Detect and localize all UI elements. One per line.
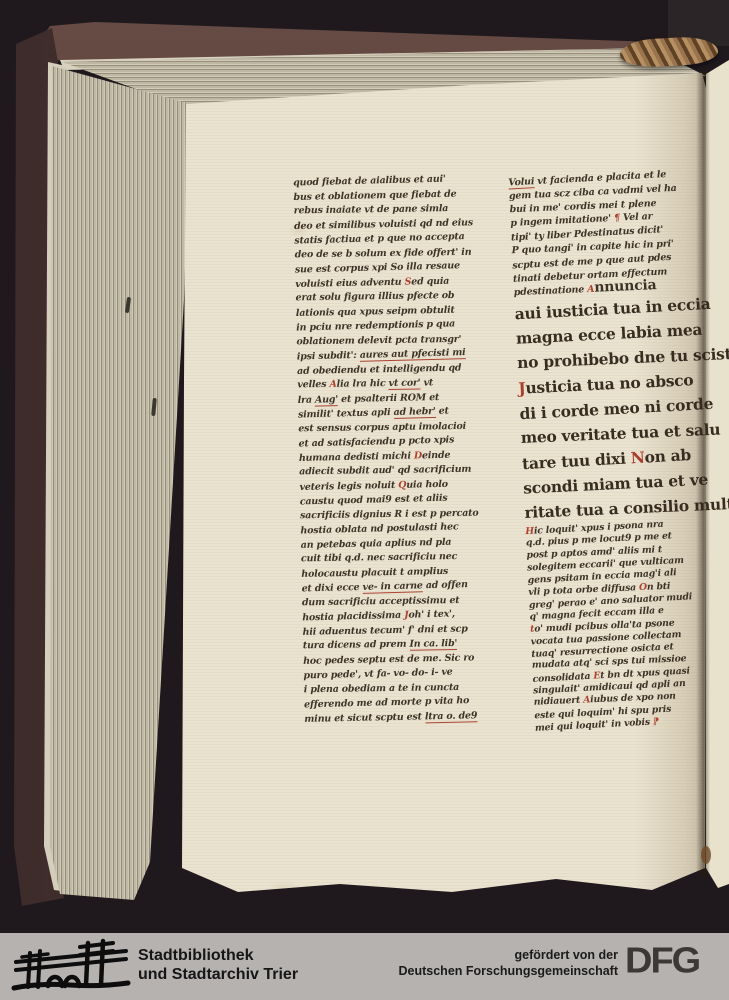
script-text: hostia placidissima: [302, 610, 404, 624]
script-text: ipsi subdit':: [297, 350, 360, 363]
red-underlined-text: ltra o. de9: [425, 710, 478, 723]
left-text-column: quod fiebat de aialibus et aui'bus et ob…: [293, 172, 506, 727]
script-text: hii aduentus tecum' f' dni et scp: [302, 623, 467, 637]
braided-endband: [619, 35, 718, 68]
script-text: on ab: [644, 445, 691, 466]
script-text: deo de se b solum ex fide offert' in: [295, 246, 472, 260]
script-text: deo et similibus voluisti qd nd eius: [294, 217, 473, 232]
script-text: i plena obediam a te in cuncta: [304, 681, 459, 694]
script-text: puro pede', vt fa- vo- do- i- ve: [303, 667, 452, 682]
script-text: nidiauert: [534, 695, 584, 708]
script-text: rebus inaiate vt de pane simla: [294, 203, 449, 216]
script-text: in pciu nre redemptionis p qua: [296, 318, 455, 333]
script-text: minu et sicut scptu est: [304, 711, 425, 725]
script-text: ed quia: [411, 275, 449, 287]
right-column-cursive-top: Volui vt facienda e placita et legem tua…: [508, 166, 726, 301]
script-text: lra: [298, 394, 316, 405]
red-underlined-text: vt cor': [389, 378, 421, 390]
script-text: similit' textus apli: [298, 407, 394, 420]
script-text: cuit tibi q.d. nec sacrificiu nec: [301, 551, 457, 564]
red-underlined-text: Volui: [508, 176, 535, 189]
rubricated-text: N: [630, 448, 645, 468]
digitized-manuscript-page: { "colors": { "bg": "#1f191d", "page": "…: [0, 0, 729, 1000]
script-text: pdestinatione: [513, 284, 587, 298]
script-text: est sensus corpus aptu imolacioi: [298, 420, 466, 433]
right-text-column: Volui vt facienda e placita et legem tua…: [508, 166, 729, 735]
red-underlined-text: aures aut pfecisti mi: [360, 347, 466, 362]
script-text: lationis qua xpus seipm obtulit: [296, 304, 455, 318]
script-text: vt: [420, 377, 433, 388]
script-text: efferendo me ad morte p vita ho: [304, 695, 469, 710]
script-text: oblationem delevit pcta transgr': [296, 333, 461, 346]
script-text: n bti: [647, 580, 671, 592]
script-text: velles: [297, 379, 329, 390]
script-text: lia lra hic: [337, 378, 389, 390]
script-text: humana dedisti michi: [299, 450, 414, 463]
script-text: sacrificiis dignius R i est p percato: [300, 507, 478, 521]
script-text: hostia oblata nd postulasti hec: [300, 521, 458, 536]
gutter-glue-spot: [701, 846, 711, 864]
script-text: voluisti eius adventu: [295, 276, 405, 289]
script-text: tare tuu dixi: [522, 449, 632, 474]
script-text: et ad satisfaciendu p pcto xpis: [298, 434, 454, 449]
trier-bridge-sketch-logo-icon: [10, 938, 132, 996]
right-column-display-script: aui iusticia tua in ecciamagna ecce labi…: [514, 291, 729, 526]
script-text: quod fiebat de aialibus et aui': [293, 174, 446, 189]
script-text: bus et oblationem que fiebat de: [293, 188, 456, 202]
rubricated-text: ⁋: [653, 716, 659, 727]
script-text: ad obediendu et intelligendu qd: [297, 362, 461, 376]
funding-line2: Deutschen Forschungsgemeinschaft: [300, 964, 618, 980]
script-text: et psalterii ROM et: [338, 391, 439, 404]
script-text: oh' i tex',: [408, 608, 455, 620]
dfg-logo: DFG: [625, 941, 729, 982]
script-text: tura dicens ad prem: [303, 639, 410, 652]
script-text: einde: [422, 449, 450, 461]
script-text: erat solu figura illius pfecte ob: [295, 290, 454, 303]
red-underlined-text: ve- in carne: [362, 580, 422, 594]
script-text: statis factiua et p que no accepta: [294, 231, 464, 246]
rubricated-text: Q: [398, 479, 406, 490]
script-text: holocaustu placuit t amplius: [301, 565, 448, 579]
script-text: sue est corpus xpi So illa resaue: [295, 260, 460, 275]
script-text: adiecit subdit aud' qd sacrificium: [299, 464, 471, 478]
script-text: ad offen: [423, 579, 468, 591]
script-text: et: [435, 406, 448, 417]
library-name-line2: und Stadtarchiv Trier: [138, 965, 298, 984]
script-text: et dixi ecce: [302, 582, 363, 595]
funding-line1: gefördert von der: [300, 948, 618, 964]
funding-credit: gefördert von der Deutschen Forschungsge…: [300, 948, 618, 979]
script-text: dum sacrificiu acceptissimu et: [302, 594, 460, 607]
right-column-cursive-bottom: Hic loquit' xpus i psona nraq.d. pius p …: [525, 515, 729, 734]
script-text: caustu quod mai9 est et aliis: [300, 493, 448, 508]
red-underlined-text: In ca. lib': [409, 638, 457, 651]
red-underlined-text: ad hebr': [393, 406, 435, 419]
script-text: Vel ar: [620, 211, 653, 224]
script-text: an petebas quia aplius nd pla: [301, 536, 452, 550]
script-text: veteris legis noluit: [299, 479, 398, 492]
red-underlined-text: Aug': [315, 394, 338, 406]
library-name-line1: Stadtbibliothek: [138, 946, 298, 965]
library-name: Stadtbibliothek und Stadtarchiv Trier: [138, 946, 298, 984]
script-text: uia holo: [406, 478, 448, 490]
script-text: hoc pedes septu est de me. Sic ro: [303, 652, 474, 667]
